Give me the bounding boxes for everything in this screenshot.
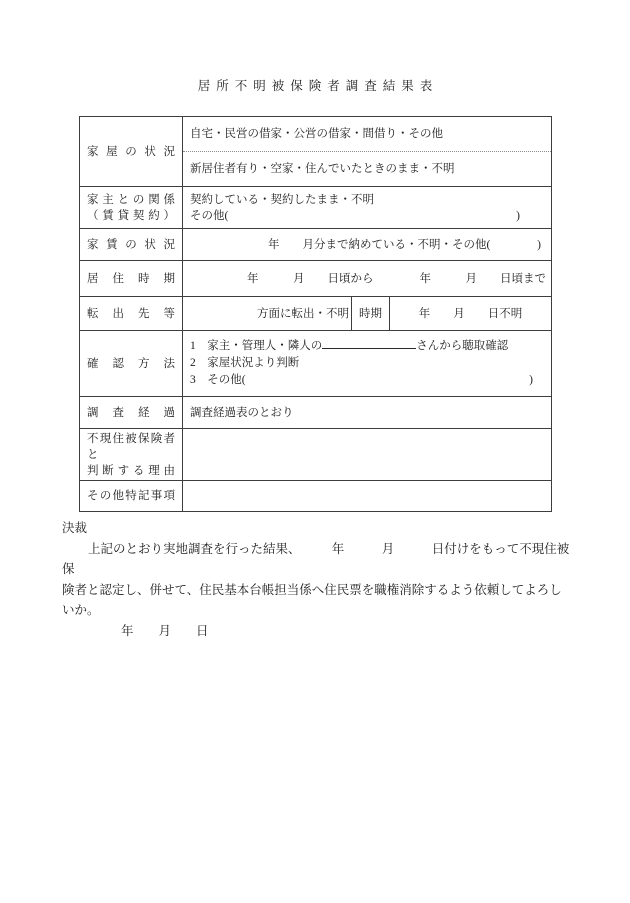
survey-progress-label: 調査経過 — [87, 405, 175, 421]
page-title: 居所不明被保険者調査結果表 — [0, 76, 630, 94]
special-notes-label: その他特記事項 — [87, 488, 175, 504]
rent-status-text: 年 月分まで納めている・不明・その他( — [268, 237, 490, 253]
confirmation-label: 確認方法 — [87, 356, 175, 372]
landlord-relation-label-line2: （賃貸契約） — [87, 208, 175, 224]
approval-heading: 決裁 — [62, 518, 574, 539]
approval-date-line: 年 月 日 — [62, 621, 574, 642]
moveout-destination: 方面に転出・不明 — [183, 297, 351, 330]
name-blank-underline — [322, 338, 416, 349]
landlord-relation-label-line1: 家主との関係 — [87, 192, 175, 208]
row-landlord-relation: 家主との関係 （賃貸契約） 契約している・契約したまま・不明 その他( ) — [80, 187, 551, 229]
residence-period-label-cell: 居住時期 — [80, 261, 183, 296]
confirmation-item-2: 2 家屋状況より判断 — [183, 355, 551, 372]
rent-status-close-paren: ) — [537, 237, 551, 253]
moveout-timing-label: 時期 — [351, 297, 390, 330]
landlord-relation-content: 契約している・契約したまま・不明 その他( ) — [183, 187, 551, 228]
rent-status-content: 年 月分まで納めている・不明・その他( ) — [183, 229, 551, 260]
approval-body-line3: いか。 — [62, 600, 574, 621]
residence-period-content: 年 月 日頃から 年 月 日頃まで — [183, 261, 551, 296]
landlord-relation-other: その他( ) — [183, 208, 551, 224]
row-moveout: 転出先等 方面に転出・不明 時期 年 月 日不明 — [80, 297, 551, 331]
rent-status-line: 年 月分まで納めている・不明・その他( ) — [183, 237, 551, 253]
row-confirmation-method: 確認方法 1 家主・管理人・隣人の さんから聴取確認 2 家屋状況より判断 3 … — [80, 331, 551, 397]
landlord-relation-label-cell: 家主との関係 （賃貸契約） — [80, 187, 183, 228]
house-condition-content: 自宅・民営の借家・公営の借家・間借り・その他 新居住者有り・空家・住んでいたとき… — [183, 117, 551, 186]
confirmation-label-cell: 確認方法 — [80, 331, 183, 396]
rent-status-label-cell: 家賃の状況 — [80, 229, 183, 260]
row-special-notes: その他特記事項 — [80, 481, 551, 511]
residence-period-text: 年 月 日頃から 年 月 日頃まで — [183, 271, 551, 287]
row-rent-status: 家賃の状況 年 月分まで納めている・不明・その他( ) — [80, 229, 551, 261]
moveout-label: 転出先等 — [87, 306, 175, 322]
landlord-relation-close-paren: ) — [516, 208, 551, 224]
special-notes-label-cell: その他特記事項 — [80, 481, 183, 511]
approval-body-line2: 険者と認定し、併せて、住民基本台帳担当係へ住民票を職権消除するよう依頼してよろし — [62, 580, 574, 601]
confirmation-item-3-close-paren: ) — [529, 372, 551, 389]
document-page: 居所不明被保険者調査結果表 家屋の状況 自宅・民営の借家・公営の借家・間借り・そ… — [0, 0, 630, 903]
landlord-relation-other-text: その他( — [190, 208, 228, 224]
house-condition-options-1: 自宅・民営の借家・公営の借家・間借り・その他 — [183, 117, 551, 152]
approval-body-line1: 上記のとおり実地調査を行った結果、 年 月 日付けをもって不現住被保 — [62, 539, 574, 580]
confirmation-item-3: 3 その他( ) — [183, 372, 551, 389]
moveout-timing-value: 年 月 日不明 — [390, 297, 551, 330]
row-house-condition: 家屋の状況 自宅・民営の借家・公営の借家・間借り・その他 新居住者有り・空家・住… — [80, 117, 551, 187]
moveout-content: 方面に転出・不明 時期 年 月 日不明 — [183, 297, 551, 330]
row-judgment-reason: 不現住被保険者と 判断する理由 — [80, 429, 551, 481]
row-residence-period: 居住時期 年 月 日頃から 年 月 日頃まで — [80, 261, 551, 297]
confirmation-item-1: 1 家主・管理人・隣人の さんから聴取確認 — [183, 338, 551, 355]
survey-progress-text: 調査経過表のとおり — [183, 405, 551, 421]
special-notes-content — [183, 481, 551, 511]
judgment-reason-label-cell: 不現住被保険者と 判断する理由 — [80, 429, 183, 480]
judgment-reason-label-line2: 判断する理由 — [87, 463, 175, 479]
confirmation-item-1-prefix: 1 家主・管理人・隣人の — [190, 338, 322, 355]
moveout-label-cell: 転出先等 — [80, 297, 183, 330]
rent-status-label: 家賃の状況 — [87, 237, 175, 253]
confirmation-item-1-suffix: さんから聴取確認 — [416, 338, 508, 355]
judgment-reason-content — [183, 429, 551, 480]
approval-section: 決裁 上記のとおり実地調査を行った結果、 年 月 日付けをもって不現住被保 険者… — [62, 518, 574, 641]
confirmation-content: 1 家主・管理人・隣人の さんから聴取確認 2 家屋状況より判断 3 その他( … — [183, 331, 551, 396]
house-condition-label: 家屋の状況 — [87, 144, 175, 160]
survey-progress-content: 調査経過表のとおり — [183, 397, 551, 428]
survey-progress-label-cell: 調査経過 — [80, 397, 183, 428]
judgment-reason-label-line1: 不現住被保険者と — [87, 431, 175, 463]
house-condition-label-cell: 家屋の状況 — [80, 117, 183, 186]
residence-period-label: 居住時期 — [87, 271, 175, 287]
house-condition-options-2: 新居住者有り・空家・住んでいたときのまま・不明 — [183, 152, 551, 187]
landlord-relation-options: 契約している・契約したまま・不明 — [183, 192, 551, 208]
confirmation-item-3-text: 3 その他( — [190, 372, 246, 389]
row-survey-progress: 調査経過 調査経過表のとおり — [80, 397, 551, 429]
form-table: 家屋の状況 自宅・民営の借家・公営の借家・間借り・その他 新居住者有り・空家・住… — [79, 116, 552, 512]
